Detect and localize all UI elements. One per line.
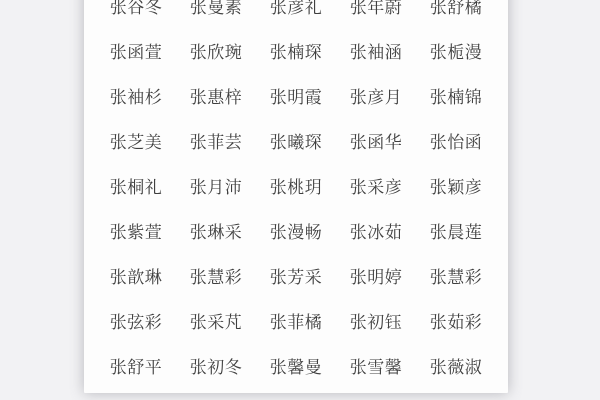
name-cell: 张雪馨 <box>336 343 416 388</box>
name-cell: 张采彦 <box>336 163 416 208</box>
name-cell: 张菲芸 <box>176 118 256 163</box>
name-cell: 张年蔚 <box>336 0 416 28</box>
name-card: 张谷冬张曼素张彦礼张年蔚张舒橘张函萱张欣琬张楠琛张袖涵张栀漫张袖杉张惠梓张明霞张… <box>84 0 508 393</box>
name-cell: 张函华 <box>336 118 416 163</box>
name-cell: 张栀漫 <box>416 28 496 73</box>
name-cell: 张初冬 <box>176 343 256 388</box>
name-cell: 张月沛 <box>176 163 256 208</box>
name-cell: 张桐礼 <box>96 163 176 208</box>
name-cell: 张舒平 <box>96 343 176 388</box>
name-cell: 张琳采 <box>176 208 256 253</box>
name-cell: 张采芃 <box>176 298 256 343</box>
name-cell: 张袖杉 <box>96 73 176 118</box>
name-cell: 张芳采 <box>256 253 336 298</box>
name-cell: 张彦礼 <box>256 0 336 28</box>
name-cell: 张楠锦 <box>416 73 496 118</box>
name-cell: 张茹彩 <box>416 298 496 343</box>
name-cell: 张薇淑 <box>416 343 496 388</box>
name-cell: 张歆琳 <box>96 253 176 298</box>
name-cell: 张馨曼 <box>256 343 336 388</box>
name-grid: 张谷冬张曼素张彦礼张年蔚张舒橘张函萱张欣琬张楠琛张袖涵张栀漫张袖杉张惠梓张明霞张… <box>96 0 496 388</box>
name-cell: 张冰茹 <box>336 208 416 253</box>
name-cell: 张明婷 <box>336 253 416 298</box>
name-cell: 张函萱 <box>96 28 176 73</box>
name-cell: 张袖涵 <box>336 28 416 73</box>
name-cell: 张欣琬 <box>176 28 256 73</box>
name-cell: 张漫畅 <box>256 208 336 253</box>
name-cell: 张曦琛 <box>256 118 336 163</box>
name-cell: 张慧彩 <box>176 253 256 298</box>
name-cell: 张楠琛 <box>256 28 336 73</box>
name-cell: 张慧彩 <box>416 253 496 298</box>
name-cell: 张明霞 <box>256 73 336 118</box>
name-cell: 张桃玥 <box>256 163 336 208</box>
name-cell: 张谷冬 <box>96 0 176 28</box>
name-cell: 张弦彩 <box>96 298 176 343</box>
name-cell: 张初钰 <box>336 298 416 343</box>
name-cell: 张曼素 <box>176 0 256 28</box>
name-cell: 张舒橘 <box>416 0 496 28</box>
name-cell: 张菲橘 <box>256 298 336 343</box>
name-cell: 张彦月 <box>336 73 416 118</box>
name-cell: 张紫萱 <box>96 208 176 253</box>
name-cell: 张惠梓 <box>176 73 256 118</box>
page-background: 张谷冬张曼素张彦礼张年蔚张舒橘张函萱张欣琬张楠琛张袖涵张栀漫张袖杉张惠梓张明霞张… <box>0 0 600 400</box>
name-cell: 张晨莲 <box>416 208 496 253</box>
name-cell: 张芝美 <box>96 118 176 163</box>
name-cell: 张怡函 <box>416 118 496 163</box>
name-cell: 张颖彦 <box>416 163 496 208</box>
